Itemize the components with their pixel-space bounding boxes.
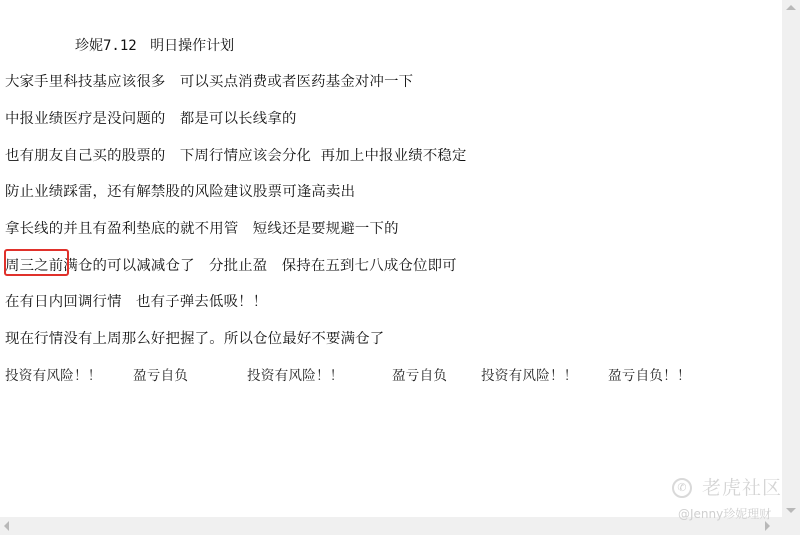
disclaimer-line: 投资有风险！！ 盈亏自负 投资有风险！！ 盈亏自负 投资有风险！！ 盈亏自负！！ [0, 366, 760, 386]
text-line-6: 周三之前满仓的可以减减仓了 分批止盈 保持在五到七八成仓位即可 [5, 256, 457, 276]
disclaimer-segment: 盈亏自负！！ [608, 366, 691, 386]
disclaimer-segment: 盈亏自负 [392, 366, 447, 386]
text-line-2: 中报业绩医疗是没问题的 都是可以长线拿的 [5, 109, 297, 129]
text-line-8: 现在行情没有上周那么好把握了。所以仓位最好不要满仓了 [5, 329, 384, 349]
scrollbar-corner [782, 517, 800, 535]
chevron-right-icon[interactable] [765, 521, 770, 531]
title-prefix: 珍妮 [75, 38, 103, 54]
text-line-7: 在有日内回调行情 也有子弹去低吸！！ [5, 292, 267, 312]
text-line-5: 拿长线的并且有盈利垫底的就不用管 短线还是要规避一下的 [5, 219, 399, 239]
title-date: 7.12 [103, 38, 137, 54]
horizontal-scrollbar[interactable] [0, 517, 782, 535]
text-line-4: 防止业绩踩雷，还有解禁股的风险建议股票可逢高卖出 [5, 182, 355, 202]
title-suffix: 明日操作计划 [150, 38, 234, 54]
chevron-left-icon[interactable] [4, 521, 9, 531]
chevron-up-icon[interactable] [786, 5, 796, 10]
chevron-down-icon[interactable] [786, 508, 796, 513]
disclaimer-segment: 投资有风险！！ [247, 366, 344, 386]
text-line-1: 大家手里科技基应该很多 可以买点消费或者医药基金对冲一下 [5, 72, 413, 92]
highlight-box [4, 249, 69, 276]
disclaimer-segment: 投资有风险！！ [481, 366, 578, 386]
document-view: 珍妮7.12 明日操作计划 大家手里科技基应该很多 可以买点消费或者医药基金对冲… [0, 0, 782, 517]
text-line-3: 也有朋友自己买的股票的 下周行情应该会分化 再加上中报业绩不稳定 [5, 146, 467, 166]
disclaimer-segment: 盈亏自负 [133, 366, 188, 386]
disclaimer-segment: 投资有风险！！ [5, 366, 102, 386]
document-title: 珍妮7.12 明日操作计划 [75, 36, 234, 56]
vertical-scrollbar[interactable] [782, 0, 800, 517]
